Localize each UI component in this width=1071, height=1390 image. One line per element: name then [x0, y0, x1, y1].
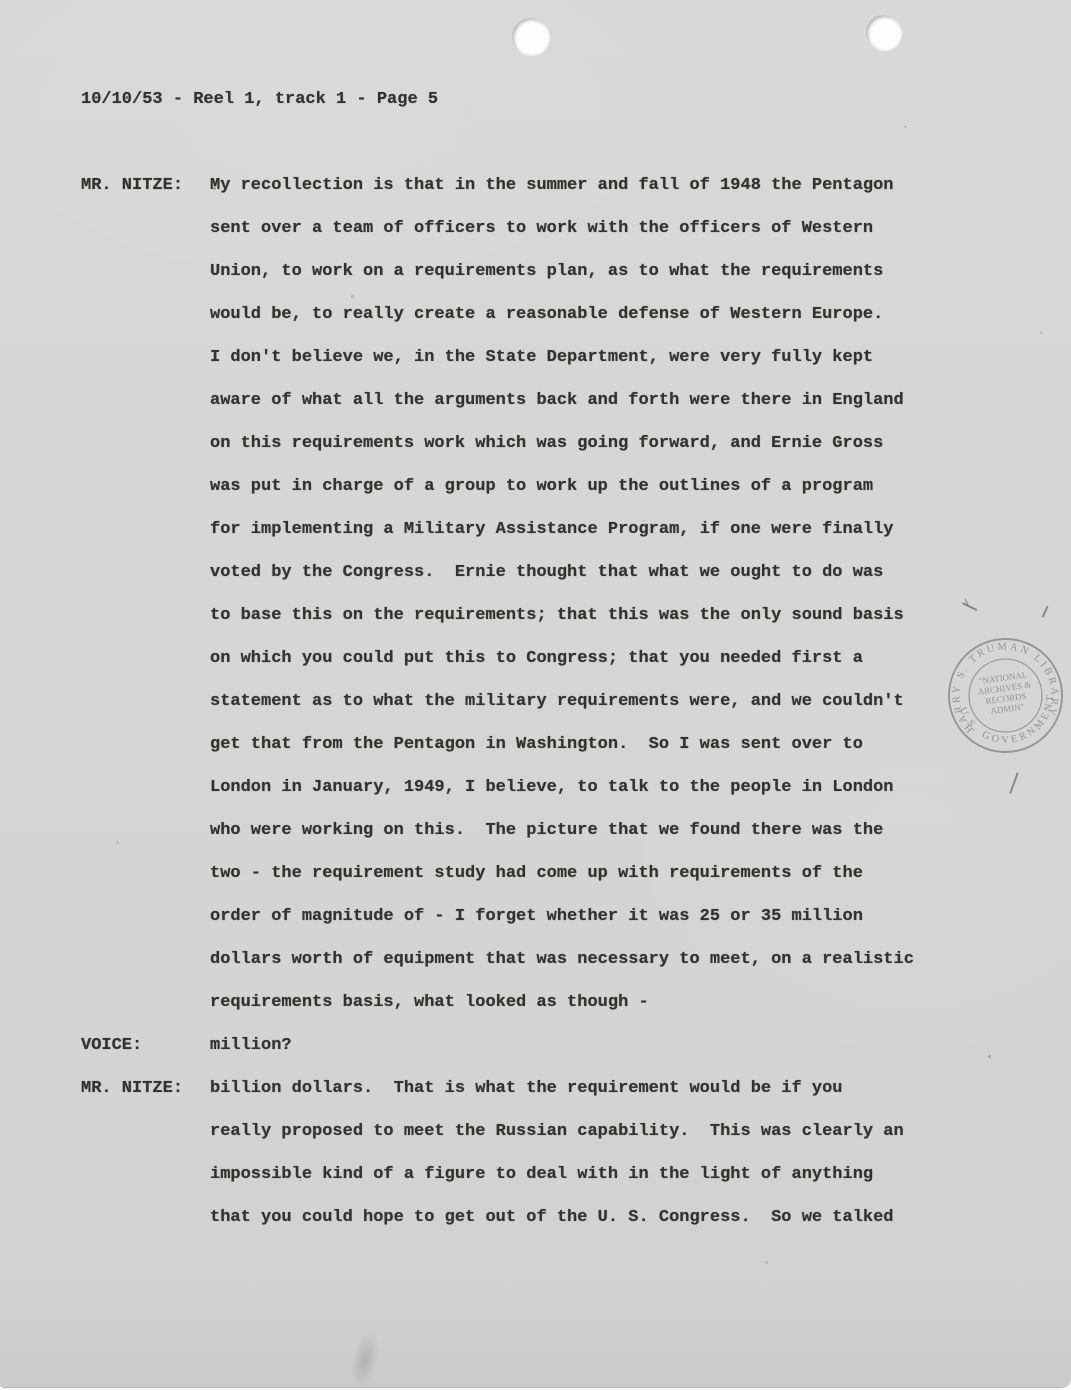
speech-lines: billion dollars. That is what the requir… [210, 1067, 981, 1239]
document-page: 10/10/53 - Reel 1, track 1 - Page 5 MR. … [0, 0, 1071, 1387]
transcript-line: to base this on the requirements; that t… [210, 594, 981, 637]
transcript-entry: MR. NITZE:My recollection is that in the… [81, 164, 981, 1024]
transcript-line: statement as to what the military requir… [210, 680, 981, 723]
speech-lines: My recollection is that in the summer an… [210, 164, 981, 1024]
punch-hole-left [512, 18, 549, 55]
pen-mark-tick [1042, 606, 1050, 618]
transcript-line: would be, to really create a reasonable … [210, 293, 981, 336]
transcript-entry: VOICE:million? [81, 1024, 981, 1067]
stamp-center-text: "NATIONAL ARCHIVES & RECORDS ADMIN" [976, 669, 1035, 717]
transcript-line: My recollection is that in the summer an… [210, 164, 981, 207]
transcript-line: order of magnitude of - I forget whether… [210, 895, 981, 938]
transcript-line: really proposed to meet the Russian capa… [210, 1110, 981, 1153]
transcript-line: I don't believe we, in the State Departm… [210, 336, 981, 379]
transcript-line: voted by the Congress. Ernie thought tha… [210, 551, 981, 594]
speaker-label: VOICE: [81, 1024, 142, 1067]
archive-stamp: HARRY S. TRUMAN LIBRARY U.S. GOVERNMENT … [946, 636, 1065, 755]
speaker-label: MR. NITZE: [81, 164, 183, 207]
pen-mark-slash [1008, 772, 1019, 794]
transcript-entry: MR. NITZE:billion dollars. That is what … [81, 1067, 981, 1239]
transcript-line: billion dollars. That is what the requir… [210, 1067, 981, 1110]
transcript-line: impossible kind of a figure to deal with… [210, 1153, 981, 1196]
transcript-line: on this requirements work which was goin… [210, 422, 981, 465]
transcript-line: sent over a team of officers to work wit… [210, 207, 981, 250]
transcript-line: aware of what all the arguments back and… [210, 379, 981, 422]
transcript-line: who were working on this. The picture th… [210, 809, 981, 852]
transcript-line: requirements basis, what looked as thoug… [210, 981, 981, 1024]
transcript-line: London in January, 1949, I believe, to t… [210, 766, 981, 809]
transcript-line: was put in charge of a group to work up … [210, 465, 981, 508]
page-header: 10/10/53 - Reel 1, track 1 - Page 5 [81, 86, 438, 114]
speech-lines: million? [210, 1024, 981, 1067]
transcript-line: for implementing a Military Assistance P… [210, 508, 981, 551]
transcript-line: million? [210, 1024, 981, 1067]
transcript-line: dollars worth of equipment that was nece… [210, 938, 981, 981]
speaker-label: MR. NITZE: [81, 1067, 183, 1110]
scan-smudge [346, 1328, 384, 1390]
transcript-line: on which you could put this to Congress;… [210, 637, 981, 680]
transcript: MR. NITZE:My recollection is that in the… [81, 164, 981, 1239]
transcript-line: two - the requirement study had come up … [210, 852, 981, 895]
paper-specks [0, 0, 1, 1]
transcript-line: Union, to work on a requirements plan, a… [210, 250, 981, 293]
transcript-line: that you could hope to get out of the U.… [210, 1196, 981, 1239]
transcript-line: get that from the Pentagon in Washington… [210, 723, 981, 766]
punch-hole-right [866, 15, 901, 50]
